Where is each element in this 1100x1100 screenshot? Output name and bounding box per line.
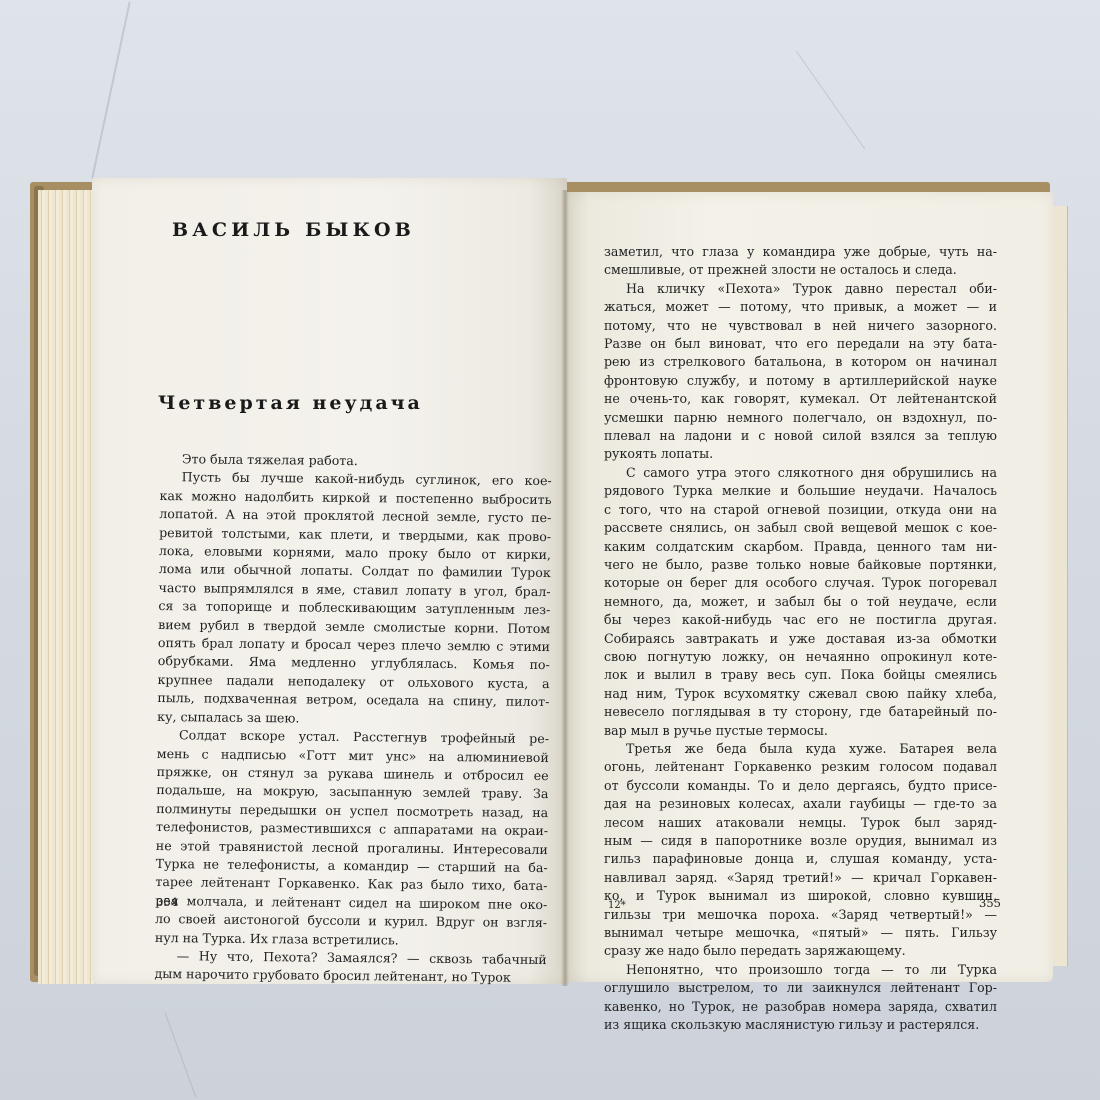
- text-line: над ним, Турок всухомятку сжевал свою па…: [604, 685, 997, 703]
- left-page-edges: [38, 190, 94, 984]
- text-line: дым нарочито грубовато бросил лейтенант,…: [154, 965, 546, 988]
- text-line: Разве он был виноват, что его передали н…: [604, 335, 997, 353]
- text-line: лесом наших атаковали немцы. Турок был з…: [604, 814, 997, 832]
- text-line: рядового Турка мелкие и большие неудачи.…: [604, 482, 997, 500]
- text-line: Собираясь завтракать и уже доставая из-з…: [604, 630, 997, 648]
- text-line: гильзы три мешочка пороха. «Заряд четвер…: [604, 906, 997, 924]
- text-line: огонь, лейтенант Горкавенко резким голос…: [604, 758, 997, 776]
- text-line: фронтовую службу, и потому в артиллерийс…: [604, 372, 997, 390]
- text-line: усмешки парню немного полегчало, он вздо…: [604, 409, 997, 427]
- text-line: навливал заряд. «Заряд третий!» — кричал…: [604, 869, 997, 887]
- text-line: немного, да, может, и забыл бы о той неу…: [604, 593, 997, 611]
- text-line: свою погнутую ложку, он нечаянно опрокин…: [604, 648, 997, 666]
- left-page-body: Это была тяжелая работа.Пусть бы лучше к…: [154, 450, 552, 988]
- signature-mark: 12*: [608, 900, 626, 911]
- text-line: смешливые, от прежней злости не осталось…: [604, 261, 997, 279]
- text-line: На кличку «Пехота» Турок давно перестал …: [604, 280, 997, 298]
- text-line: каким солдатским скарбом. Правда, ценног…: [604, 538, 997, 556]
- text-line: кавенко, но Турок, не разобрав номера за…: [604, 998, 997, 1016]
- text-line: С самого утра этого слякотного дня обруш…: [604, 464, 997, 482]
- text-line: рассвете снялись, он забыл свой вещевой …: [604, 519, 997, 537]
- text-line: от буссоли команды. То и дело дергаясь, …: [604, 777, 997, 795]
- show-through-text: [272, 238, 452, 378]
- text-line: из ящика скользкую маслянистую гильзу и …: [604, 1016, 997, 1034]
- text-line: гильз парафиновые донца и, слушая команд…: [604, 850, 997, 868]
- text-line: сразу же надо было передать заряжающему.: [604, 942, 997, 960]
- text-line: рукоять лопаты.: [604, 445, 997, 463]
- text-line: плевал на ладони и с новой силой взялся …: [604, 427, 997, 445]
- page-number-left: 354: [156, 895, 178, 909]
- text-line: вар мыл в ручье пустые термосы.: [604, 722, 997, 740]
- text-line: не очень-то, как говорят, кумекал. От ле…: [604, 390, 997, 408]
- right-page-edges: [1053, 206, 1068, 966]
- text-line: жаться, может — потому, что привык, а мо…: [604, 298, 997, 316]
- text-line: которые он берег для особого случая. Тур…: [604, 574, 997, 592]
- story-title: Четвертая неудача: [158, 392, 423, 414]
- text-line: оглушило выстрелом, то ли заикнулся лейт…: [604, 979, 997, 997]
- text-line: ным — сидя в папоротнике возле орудия, в…: [604, 832, 997, 850]
- author-heading: ВАСИЛЬ БЫКОВ: [172, 219, 415, 241]
- text-line: ко, и Турок вынимал из широкой, словно к…: [604, 887, 997, 905]
- surface-scratch: [165, 1013, 197, 1098]
- page-number-right: 355: [979, 896, 1001, 910]
- text-line: заметил, что глаза у командира уже добры…: [604, 243, 997, 261]
- text-line: потому, что не чувствовал в ней ничего з…: [604, 317, 997, 335]
- text-line: Непонятно, что произошло тогда — то ли Т…: [604, 961, 997, 979]
- text-line: с того, что на старой огневой позиции, о…: [604, 501, 997, 519]
- text-line: дая на резиновых колесах, ахали гаубицы …: [604, 795, 997, 813]
- text-line: чего не было, разве только новые байковы…: [604, 556, 997, 574]
- text-line: рею из стрелкового батальона, в котором …: [604, 353, 997, 371]
- book-gutter: [561, 190, 569, 986]
- surface-scratch: [91, 2, 130, 178]
- text-line: лок и вылил в траву весь суп. Пока бойцы…: [604, 666, 997, 684]
- text-line: невесело поглядывая в ту сторону, где ба…: [604, 703, 997, 721]
- text-line: вынимал четыре мешочка, «пятый» — пять. …: [604, 924, 997, 942]
- right-page-body: заметил, что глаза у командира уже добры…: [604, 243, 997, 1034]
- text-line: бы через какой-нибудь час его не постигл…: [604, 611, 997, 629]
- text-line: Третья же беда была куда хуже. Батарея в…: [604, 740, 997, 758]
- surface-scratch: [796, 51, 866, 150]
